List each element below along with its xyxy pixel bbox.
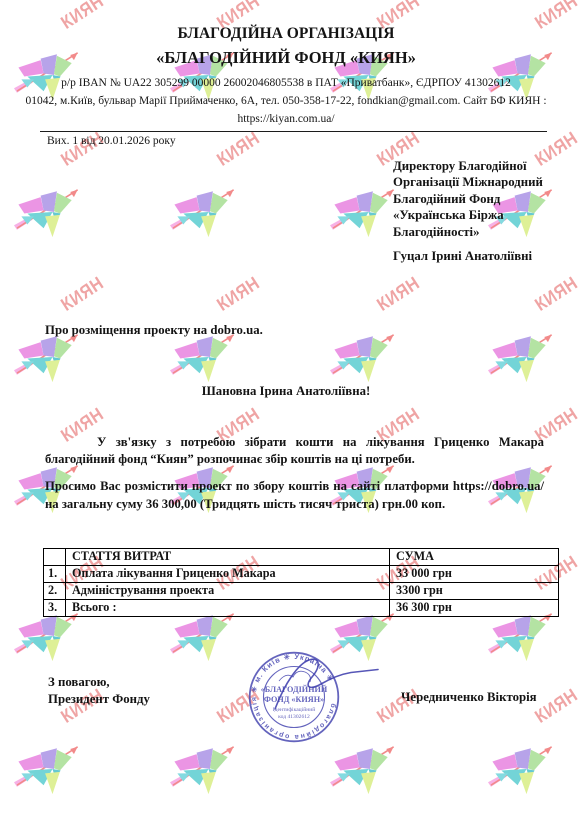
body-paragraph-1: У зв'язку з потребою зібрати кошти на лі…	[45, 434, 544, 468]
table-header-item: СТАТТЯ ВИТРАТ	[66, 549, 390, 566]
row-number-cell: 2.	[44, 583, 66, 600]
body-paragraph-2: Просимо Вас розмістити проект по збору к…	[45, 478, 544, 512]
reference-number-line: Вих. 1 від 20.01.2026 року	[47, 135, 176, 147]
table-row: 3. Всього : 36 300 грн	[44, 600, 559, 617]
recipient-line: Благодійності»	[393, 224, 558, 240]
org-title-line2: «БЛАГОДІЙНИЙ ФОНД «КИЯН»	[0, 48, 572, 68]
recipient-line: Благодійний Фонд	[393, 191, 558, 207]
row-sum-cell: 33 000 грн	[390, 566, 559, 583]
subject-line: Про розміщення проекту на dobro.ua.	[45, 323, 263, 338]
recipient-line: Директору Благодійної	[393, 158, 558, 174]
salutation: Шановна Ірина Анатоліївна!	[0, 384, 572, 399]
recipient-name: Гуцал Ірині Анатоліївні	[393, 248, 558, 264]
row-item-cell: Оплата лікування Гриценко Макара	[66, 566, 390, 583]
header-divider	[40, 131, 547, 132]
table-row: 1. Оплата лікування Гриценко Макара 33 0…	[44, 566, 559, 583]
table-header-row: СТАТТЯ ВИТРАТ СУМА	[44, 549, 559, 566]
closing-block: З повагою, Президент Фонду	[48, 674, 150, 708]
table-row: 2. Адміністрування проекта 3300 грн	[44, 583, 559, 600]
bank-details-line: р/р IBAN № UA22 305299 00000 26002046805…	[0, 77, 572, 89]
letter-body: У зв'язку з потребою зібрати кошти на лі…	[45, 434, 544, 513]
recipient-line: «Українська Біржа	[393, 207, 558, 223]
handwritten-signature	[245, 633, 395, 728]
row-number-cell: 1.	[44, 566, 66, 583]
row-item-cell: Адміністрування проекта	[66, 583, 390, 600]
row-item-cell: Всього :	[66, 600, 390, 617]
row-number-cell: 3.	[44, 600, 66, 617]
table-header-num	[44, 549, 66, 566]
table-header-sum: СУМА	[390, 549, 559, 566]
closing-line-regards: З повагою,	[48, 674, 150, 691]
address-contact-line: 01042, м.Київ, бульвар Марії Приймаченко…	[0, 95, 572, 107]
signatory-name: Чередниченко Вікторія	[401, 690, 537, 705]
row-sum-cell: 3300 грн	[390, 583, 559, 600]
row-sum-cell: 36 300 грн	[390, 600, 559, 617]
recipient-line: Організації Міжнародний	[393, 174, 558, 190]
letter-page: { "watermark": { "text": "КИЯН" }, "head…	[0, 0, 587, 832]
website-link[interactable]: https://kiyan.com.ua/	[0, 113, 572, 125]
cost-table: СТАТТЯ ВИТРАТ СУМА 1. Оплата лікування Г…	[43, 548, 559, 617]
closing-line-title: Президент Фонду	[48, 691, 150, 708]
recipient-block: Директору Благодійної Організації Міжнар…	[393, 158, 558, 264]
charity-letter-document: БЛАГОДІЙНА ОРГАНІЗАЦІЯ «БЛАГОДІЙНИЙ ФОНД…	[0, 0, 587, 832]
org-title-line1: БЛАГОДІЙНА ОРГАНІЗАЦІЯ	[0, 25, 572, 43]
